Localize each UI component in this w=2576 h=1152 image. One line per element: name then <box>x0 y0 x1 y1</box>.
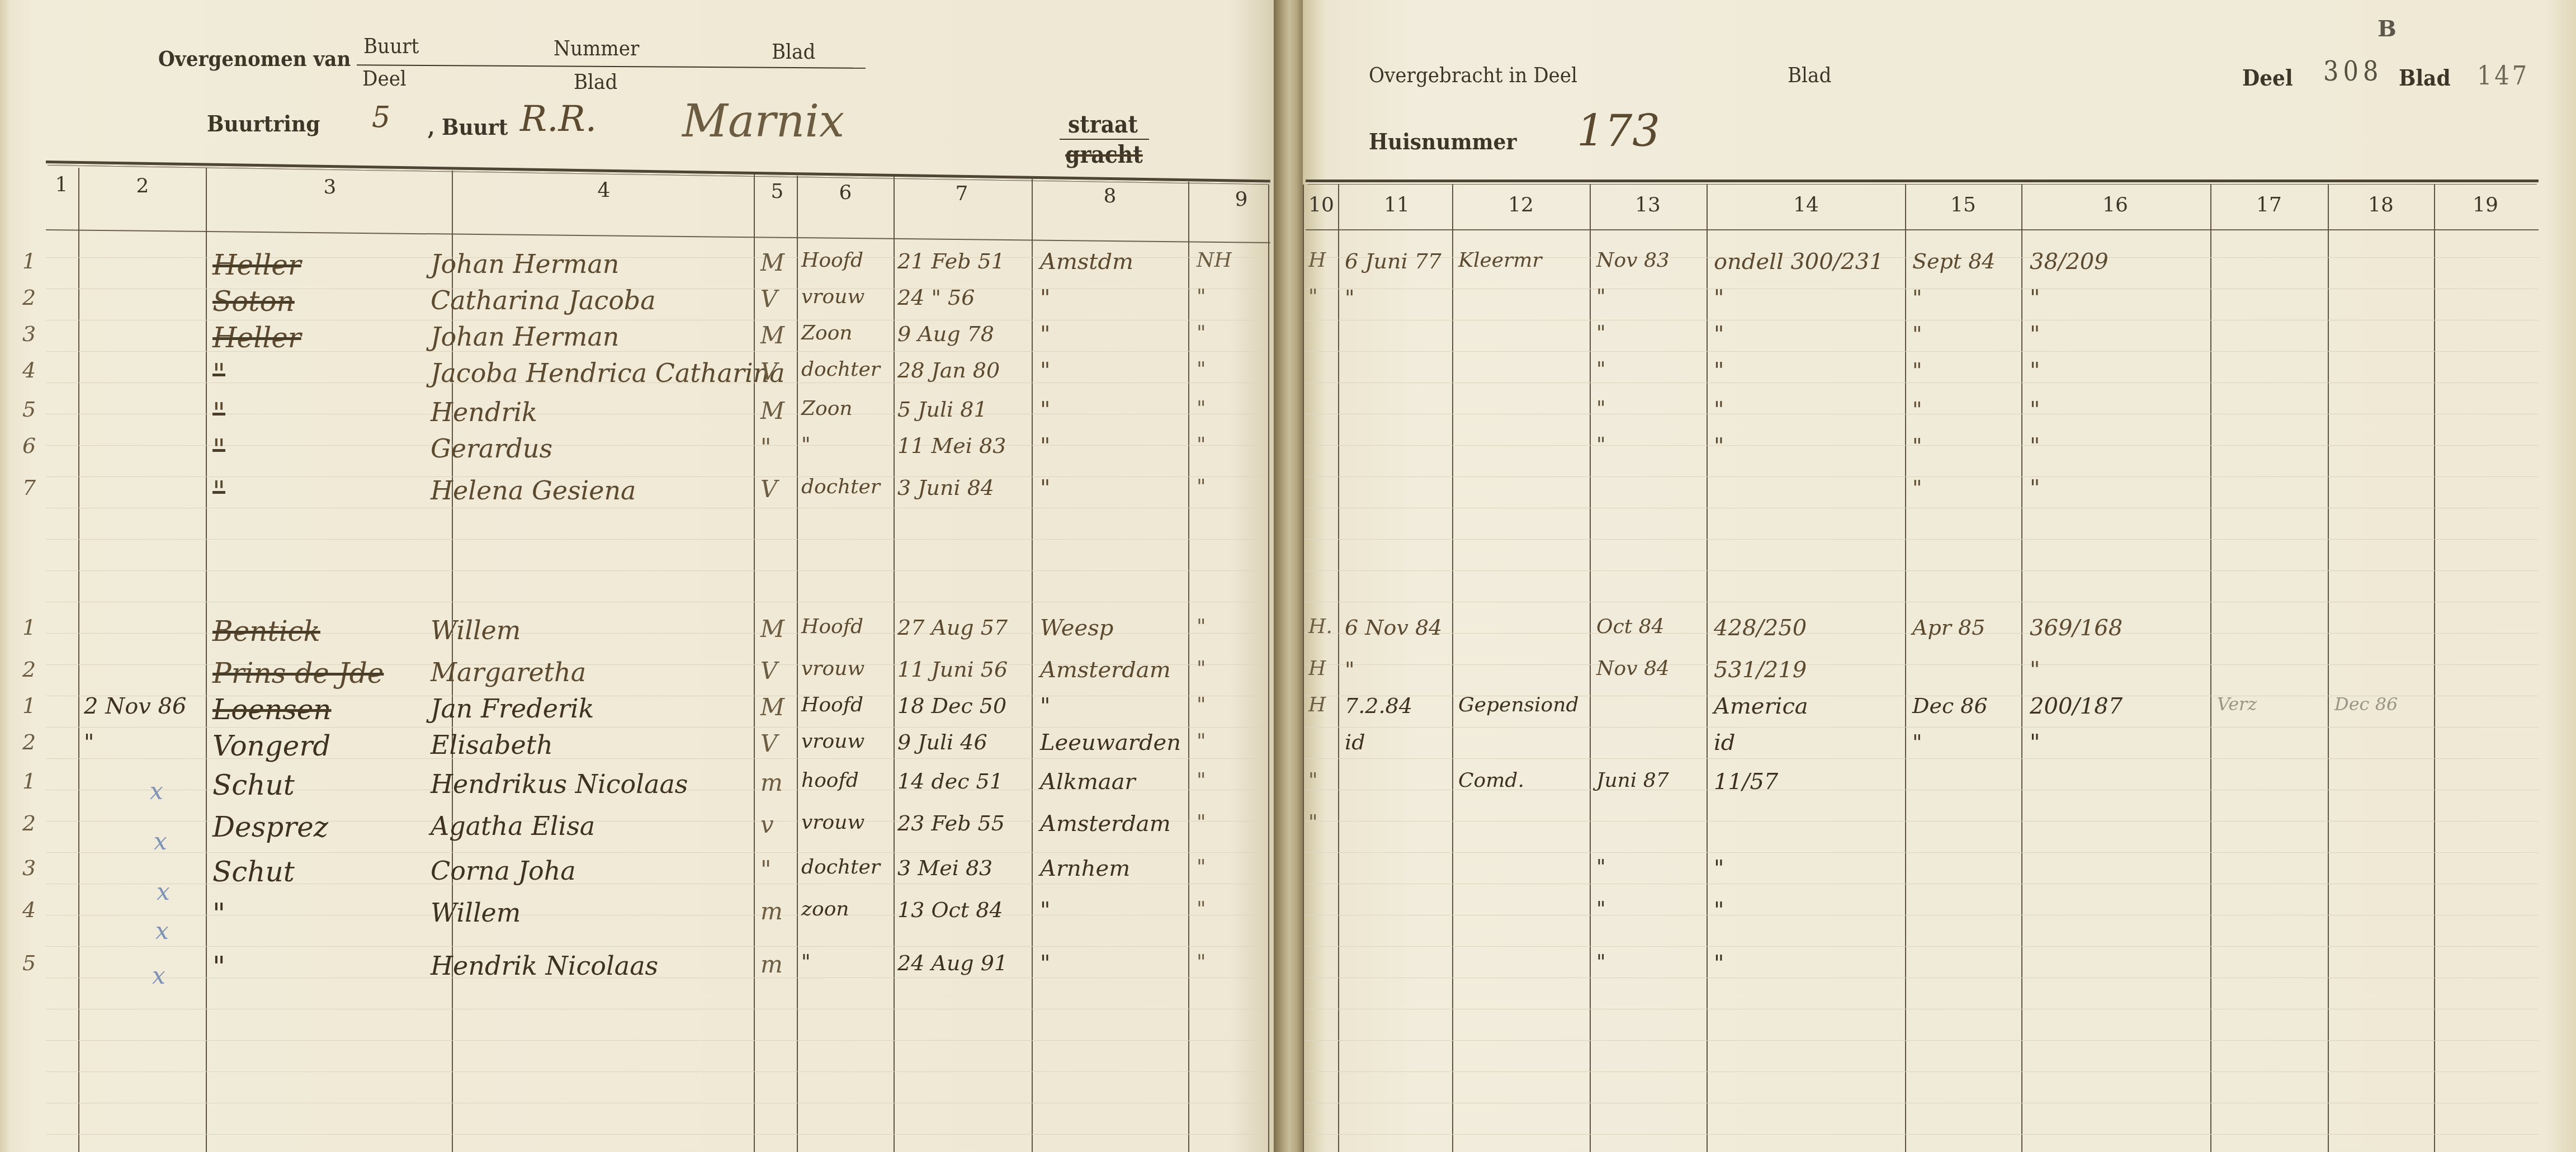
cell-col1: 5 <box>22 951 36 975</box>
cell-col9: " <box>1197 285 1206 308</box>
cell-col9: " <box>1197 693 1206 716</box>
pencil-x-mark: x <box>155 917 169 945</box>
ruled-line <box>1306 946 2539 947</box>
ruled-line <box>1306 1009 2539 1009</box>
cell-col16: " <box>2030 657 2040 683</box>
cell-col7: 11 Mei 83 <box>897 433 1006 458</box>
cell-col7: 28 Jan 80 <box>897 358 1000 383</box>
cell-col13: " <box>1596 285 1606 308</box>
overgenomen-van-label: Overgenomen van <box>158 46 351 71</box>
cell-col18: Dec 86 <box>2334 693 2398 715</box>
cell-col11: 6 Juni 77 <box>1345 249 1441 273</box>
cell-col6: vrouw <box>801 811 864 834</box>
cell-col14: " <box>1714 898 1724 923</box>
cell-col1: 3 <box>22 856 36 880</box>
cell-col9: " <box>1197 657 1206 680</box>
blad-label: Blad <box>2399 65 2451 91</box>
cell-col17: Verz <box>2217 693 2257 715</box>
cell-col6: Hoofd <box>801 615 863 638</box>
cell-col10: H <box>1308 693 1326 716</box>
ruled-line <box>1306 320 2539 320</box>
cell-col5: m <box>760 951 783 978</box>
cell-col3: " <box>212 433 225 466</box>
ruled-line <box>1306 884 2539 884</box>
cell-col10: " <box>1308 811 1318 834</box>
ruled-line <box>46 539 1268 540</box>
cell-col14: " <box>1714 285 1724 311</box>
cell-col5: V <box>760 730 777 757</box>
col-number: 16 <box>2102 193 2128 216</box>
blad-label-bottom: Blad <box>574 69 617 94</box>
cell-col3: " <box>212 898 225 930</box>
cell-col7: 13 Oct 84 <box>897 898 1003 922</box>
ruled-line <box>46 414 1268 414</box>
cell-col12: Kleermr <box>1458 249 1542 272</box>
ruled-line <box>1306 539 2539 540</box>
col-divider <box>1452 185 1453 1152</box>
ruled-line <box>1306 476 2539 477</box>
cell-col13: " <box>1596 397 1606 420</box>
cell-col15: " <box>1912 397 1922 422</box>
cell-col14: " <box>1714 433 1724 459</box>
col-number: 3 <box>319 176 341 199</box>
cell-col8: Weesp <box>1040 615 1113 641</box>
book-binding <box>1274 0 1303 1152</box>
ruled-line <box>1306 664 2539 665</box>
cell-col1: 2 <box>22 730 36 754</box>
cell-col14: 428/250 <box>1714 615 1807 641</box>
cell-col5: M <box>760 322 784 349</box>
cell-col9: " <box>1197 951 1206 974</box>
cell-col13: Nov 83 <box>1596 249 1670 272</box>
cell-col6: vrouw <box>801 657 864 680</box>
ruled-line <box>1306 758 2539 759</box>
cell-col9: " <box>1197 856 1206 879</box>
cell-col7: 9 Juli 46 <box>897 730 987 754</box>
cell-col5: m <box>760 898 783 925</box>
pencil-x-mark: x <box>154 828 167 855</box>
ruled-line <box>46 852 1268 853</box>
cell-col9: " <box>1197 730 1206 753</box>
cell-col12: Comd. <box>1458 769 1524 792</box>
cell-col15: " <box>1912 475 1922 500</box>
cell-col10: H. <box>1308 615 1332 638</box>
cell-col6: vrouw <box>801 285 864 308</box>
cell-col13: " <box>1596 951 1606 974</box>
cell-col6: dochter <box>801 358 880 381</box>
cell-col4: Gerardus <box>431 433 552 464</box>
col-number: 8 <box>1099 185 1121 207</box>
cell-col4: Willem <box>431 615 521 645</box>
col-divider <box>797 176 798 1152</box>
cell-col9: " <box>1197 433 1206 456</box>
cell-col8: Leeuwarden <box>1040 730 1181 756</box>
ruled-line <box>1306 1134 2539 1135</box>
cell-col11: id <box>1345 730 1365 754</box>
cell-col5: " <box>760 856 771 883</box>
cell-col4: Johan Herman <box>431 249 619 279</box>
overgebracht-label: Overgebracht in Deel <box>1369 63 1577 87</box>
cell-col15: " <box>1912 285 1922 310</box>
cell-col4: Agatha Elisa <box>431 811 595 841</box>
col-divider <box>2210 185 2211 1152</box>
cell-col8: " <box>1040 285 1050 311</box>
right-header-rule <box>1306 180 2539 183</box>
cell-col7: 14 dec 51 <box>897 769 1003 794</box>
cell-col16: 38/209 <box>2030 249 2109 275</box>
cell-col9: " <box>1197 898 1206 920</box>
cell-col8: " <box>1040 951 1050 976</box>
cell-col13: Oct 84 <box>1596 615 1664 638</box>
col-number: 4 <box>593 179 615 202</box>
cell-col1: 4 <box>22 898 36 922</box>
cell-col6: vrouw <box>801 730 864 753</box>
cell-col9: " <box>1197 475 1206 498</box>
ruled-line <box>1306 978 2539 978</box>
deel-label: Deel <box>362 66 407 91</box>
right-column-header-rule <box>1306 229 2539 230</box>
ruled-line <box>46 1009 1268 1009</box>
col-divider <box>2434 185 2435 1152</box>
cell-col1: 6 <box>22 433 36 458</box>
ruled-line <box>46 1071 1268 1072</box>
cell-col8: " <box>1040 433 1050 459</box>
cell-col15: Apr 85 <box>1912 615 1985 640</box>
cell-col5: M <box>760 693 784 721</box>
buurt-label-2: , Buurt <box>428 114 508 140</box>
cell-col8: Amstdm <box>1040 249 1133 275</box>
cell-col9: " <box>1197 615 1206 638</box>
cell-col14: " <box>1714 358 1724 384</box>
deel-label: Deel <box>2242 65 2293 91</box>
cell-col5: " <box>760 433 771 461</box>
cell-col9: " <box>1197 322 1206 344</box>
ruled-line <box>1306 1071 2539 1072</box>
col-number: 18 <box>2368 193 2394 216</box>
cell-col16: " <box>2030 285 2040 311</box>
cell-col3: Schut <box>212 856 295 888</box>
cell-col1: 7 <box>22 475 36 500</box>
ruled-line <box>1306 1040 2539 1041</box>
col-divider <box>1188 182 1189 1152</box>
cell-col7: 23 Feb 55 <box>897 811 1005 835</box>
cell-col6: " <box>801 951 811 974</box>
cell-col3: " <box>212 951 225 983</box>
huisnummer-label: Huisnummer <box>1369 129 1516 155</box>
cell-col14: " <box>1714 397 1724 423</box>
cell-col11: 7.2.84 <box>1345 693 1412 718</box>
blad-value: 147 <box>2477 60 2530 91</box>
straat-label: straat <box>1068 111 1138 138</box>
cell-col3: Schut <box>212 769 295 801</box>
cell-col16: " <box>2030 358 2040 384</box>
buurt-label: Buurt <box>363 34 419 58</box>
ruled-line <box>46 570 1268 571</box>
cell-col8: Arnhem <box>1040 856 1130 881</box>
cell-col9: " <box>1197 769 1206 792</box>
cell-col5: m <box>760 769 783 796</box>
cell-col7: 5 Juli 81 <box>897 397 987 422</box>
ruled-line <box>1306 821 2539 821</box>
cell-col6: dochter <box>801 475 880 498</box>
cell-col13: " <box>1596 898 1606 920</box>
cell-col8: " <box>1040 322 1050 347</box>
col-number: 13 <box>1635 193 1661 216</box>
cell-col1: 1 <box>22 769 36 794</box>
cell-col15: Dec 86 <box>1912 693 1988 718</box>
cell-col13: Nov 84 <box>1596 657 1670 680</box>
cell-col3: " <box>212 397 225 429</box>
overgebracht-blad-label: Blad <box>1788 63 1831 87</box>
cell-col16: " <box>2030 433 2040 459</box>
cell-col4: Elisabeth <box>431 730 553 760</box>
cell-col1: 3 <box>22 322 36 346</box>
ruled-line <box>1306 915 2539 915</box>
col-number: 19 <box>2473 193 2498 216</box>
cell-col8: Alkmaar <box>1040 769 1136 795</box>
cell-col14: id <box>1714 730 1735 756</box>
cell-col14: " <box>1714 856 1724 881</box>
cell-col8: " <box>1040 693 1050 719</box>
col-number: 12 <box>1508 193 1534 216</box>
gracht-label: gracht <box>1065 141 1143 168</box>
ruled-line <box>46 727 1268 728</box>
cell-col4: Jan Frederik <box>431 693 594 724</box>
cell-col5: v <box>760 811 774 838</box>
blad-label-top: Blad <box>772 39 815 64</box>
ruled-line <box>1306 351 2539 352</box>
cell-col13: Juni 87 <box>1596 769 1669 792</box>
street-name: Marnix <box>682 95 844 147</box>
cell-col7: 11 Juni 56 <box>897 657 1008 682</box>
cell-col8: " <box>1040 358 1050 384</box>
ruled-line <box>46 1134 1268 1135</box>
cell-col1: 4 <box>22 358 36 383</box>
col-number: 2 <box>131 174 154 197</box>
cell-col1: 1 <box>22 693 36 718</box>
cell-col16: " <box>2030 475 2040 501</box>
cell-col16: " <box>2030 397 2040 423</box>
deel-value: 308 <box>2323 56 2383 87</box>
col-divider <box>1303 185 1304 1152</box>
cell-col3: Vongerd <box>212 730 330 762</box>
cell-col7: 18 Dec 50 <box>897 693 1006 718</box>
cell-col14: 11/57 <box>1714 769 1778 795</box>
cell-col8: " <box>1040 475 1050 501</box>
ruled-line <box>1306 508 2539 508</box>
cell-col10: H <box>1308 249 1326 272</box>
cell-col4: Corna Joha <box>431 856 576 886</box>
cell-col3: Loensen <box>212 693 332 726</box>
cell-col4: Helena Gesiena <box>431 475 636 506</box>
col-divider <box>1268 185 1269 1152</box>
cell-col5: V <box>760 285 777 313</box>
cell-col5: M <box>760 249 784 276</box>
col-number: 14 <box>1793 193 1819 216</box>
cell-col3: Heller <box>212 322 301 354</box>
ruled-line <box>1306 414 2539 414</box>
cell-col4: Johan Herman <box>431 322 619 352</box>
ruled-line <box>1306 570 2539 571</box>
ruled-line <box>46 476 1268 477</box>
cell-col15: Sept 84 <box>1912 249 1996 273</box>
cell-col3: Desprez <box>212 811 328 843</box>
col-divider <box>1338 185 1339 1152</box>
ruled-line <box>1306 727 2539 728</box>
cell-col4: Catharina Jacoba <box>431 285 656 315</box>
cell-col16: 200/187 <box>2030 693 2123 719</box>
cell-col1: 1 <box>22 615 36 640</box>
col-divider <box>1707 185 1708 1152</box>
cell-col15: " <box>1912 358 1922 383</box>
cell-col3: " <box>212 475 225 508</box>
col-divider <box>754 174 755 1152</box>
cell-col7: 27 Aug 57 <box>897 615 1008 640</box>
cell-col6: dochter <box>801 856 880 879</box>
cell-col5: V <box>760 358 777 385</box>
cell-col14: 531/219 <box>1714 657 1807 683</box>
cell-col3: Heller <box>212 249 301 281</box>
cell-col7: 21 Feb 51 <box>897 249 1005 273</box>
cell-col12: Gepensiond <box>1458 693 1579 716</box>
col-number: 5 <box>766 180 788 203</box>
ruled-line <box>1306 852 2539 853</box>
cell-col16: " <box>2030 730 2040 756</box>
col-number: 1 <box>53 173 70 196</box>
cell-col5: M <box>760 615 784 643</box>
ruled-line <box>1306 602 2539 602</box>
cell-col5: M <box>760 397 784 424</box>
cell-col8: Amsterdam <box>1040 657 1171 683</box>
cell-col9: " <box>1197 397 1206 420</box>
cell-col14: " <box>1714 322 1724 347</box>
archive-stamp: B <box>2378 16 2397 42</box>
cell-col9: " <box>1197 811 1206 834</box>
cell-col14: " <box>1714 951 1724 976</box>
cell-col9: " <box>1197 358 1206 381</box>
ruled-line <box>46 1040 1268 1041</box>
right-page <box>1303 0 2576 1152</box>
ruled-line <box>46 445 1268 446</box>
cell-col2: 2 Nov 86 <box>84 693 186 719</box>
col-divider <box>1905 185 1906 1152</box>
cell-col5: V <box>760 657 777 684</box>
cell-col6: Hoofd <box>801 693 863 716</box>
col-divider <box>1590 185 1591 1152</box>
cell-col9: NH <box>1197 249 1232 272</box>
cell-col7: 24 " 56 <box>897 285 975 310</box>
col-number: 10 <box>1308 193 1334 216</box>
ruled-line <box>46 946 1268 947</box>
straat-gracht-line <box>1060 139 1149 140</box>
buurt-value: R.R. <box>520 98 597 140</box>
nummer-label: Nummer <box>554 36 639 60</box>
buurtring-value: 5 <box>372 101 390 134</box>
pencil-x-mark: x <box>150 777 163 805</box>
cell-col8: " <box>1040 397 1050 423</box>
cell-col7: 24 Aug 91 <box>897 951 1008 975</box>
cell-col6: Zoon <box>801 322 853 344</box>
cell-col13: " <box>1596 856 1606 879</box>
cell-col1: 5 <box>22 397 36 422</box>
cell-col1: 2 <box>22 657 36 682</box>
cell-col14: America <box>1714 693 1808 719</box>
huisnummer-value: 173 <box>1577 106 1660 157</box>
col-number: 11 <box>1384 193 1410 216</box>
cell-col11: 6 Nov 84 <box>1345 615 1442 640</box>
cell-col15: " <box>1912 433 1922 458</box>
cell-col15: " <box>1912 730 1922 754</box>
cell-col6: Zoon <box>801 397 853 420</box>
col-divider <box>2328 185 2329 1152</box>
cell-col11: " <box>1345 285 1354 310</box>
cell-col16: " <box>2030 322 2040 347</box>
pencil-x-mark: x <box>157 878 170 905</box>
cell-col3: Soton <box>212 285 295 318</box>
pencil-x-mark: x <box>152 962 166 989</box>
ruled-line <box>46 508 1268 508</box>
ruled-line <box>46 1103 1268 1103</box>
ruled-line <box>1306 445 2539 446</box>
cell-col3: " <box>212 358 225 390</box>
ruled-line <box>1306 1103 2539 1103</box>
cell-col11: " <box>1345 657 1354 682</box>
cell-col1: 1 <box>22 249 36 273</box>
cell-col4: Margaretha <box>431 657 586 687</box>
ruled-line <box>1306 289 2539 289</box>
cell-col13: " <box>1596 358 1606 381</box>
cell-col4: Willem <box>431 898 521 928</box>
cell-col13: " <box>1596 322 1606 344</box>
col-number: 15 <box>1950 193 1976 216</box>
ruled-line <box>46 602 1268 602</box>
ruled-line <box>46 320 1268 320</box>
cell-col5: V <box>760 475 777 503</box>
col-number: 6 <box>834 181 857 204</box>
cell-col10: " <box>1308 769 1318 792</box>
cell-col6: " <box>801 433 811 456</box>
col-number: 7 <box>951 182 973 205</box>
col-divider <box>2021 185 2022 1152</box>
cell-col10: H <box>1308 657 1326 680</box>
cell-col7: 3 Mei 83 <box>897 856 992 880</box>
cell-col6: zoon <box>801 898 849 920</box>
cell-col14: ondell 300/231 <box>1714 249 1884 275</box>
cell-col6: Hoofd <box>801 249 863 272</box>
cell-col1: 2 <box>22 811 36 835</box>
col-number: 9 <box>1230 188 1252 211</box>
col-divider <box>206 168 207 1152</box>
cell-col2: " <box>84 730 94 756</box>
cell-col4: Hendrik Nicolaas <box>431 951 658 981</box>
cell-col6: hoofd <box>801 769 859 792</box>
cell-col8: Amsterdam <box>1040 811 1171 837</box>
buurtring-label: Buurtring <box>207 111 320 137</box>
cell-col16: 369/168 <box>2030 615 2123 641</box>
cell-col15: " <box>1912 322 1922 346</box>
cell-col4: Hendrik <box>431 397 537 427</box>
cell-col3: Prins de Jde <box>212 657 384 690</box>
ruled-line <box>1306 383 2539 383</box>
col-divider <box>78 168 79 1152</box>
cell-col13: " <box>1596 433 1606 456</box>
ruled-line <box>46 915 1268 915</box>
cell-col7: 9 Aug 78 <box>897 322 994 346</box>
cell-col1: 2 <box>22 285 36 310</box>
cell-col10: " <box>1308 285 1318 308</box>
cell-col4: Jacoba Hendrica Catharina <box>431 358 785 388</box>
cell-col7: 3 Juni 84 <box>897 475 994 500</box>
